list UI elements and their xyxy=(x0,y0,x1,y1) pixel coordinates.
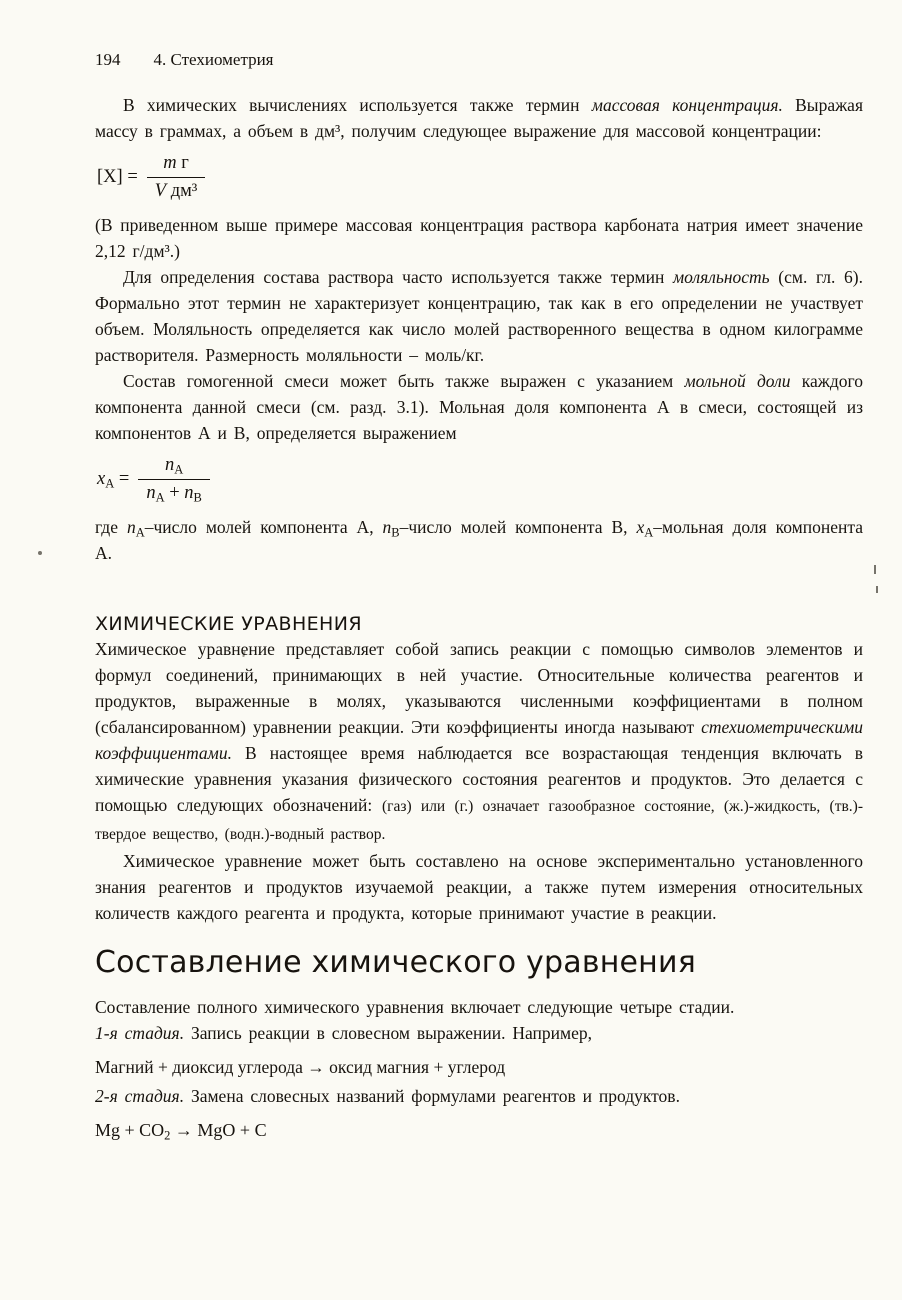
subscript-a: A xyxy=(156,491,165,505)
paragraph-chemical-equation-definition: Химическое уравнение представляет собой … xyxy=(95,636,863,848)
numerator: nA xyxy=(138,455,210,480)
subscript-a: A xyxy=(105,477,114,491)
stage-2-label: 2-я стадия. xyxy=(95,1086,184,1106)
fraction: m г V дм³ xyxy=(147,153,206,202)
denominator: nA + nB xyxy=(138,480,210,504)
page-content: 194 4. Стехиометрия В химических вычисле… xyxy=(95,50,863,1146)
italic-term: массовая концентрация. xyxy=(592,95,783,115)
paragraph-mass-concentration: В химических вычислениях используется та… xyxy=(95,92,863,144)
plus-sign: + xyxy=(165,483,185,503)
main-heading-composing-equation: Составление химического уравнения xyxy=(95,944,863,982)
formula-lhs: [X] = xyxy=(97,167,138,188)
variable-x: x xyxy=(97,469,105,489)
italic-term: мольной доли xyxy=(684,371,790,391)
italic-term: моляльность xyxy=(673,267,770,287)
page-number: 194 xyxy=(95,50,121,70)
scan-artifact-tick xyxy=(874,565,876,574)
paragraph-molality: Для определения состава раствора часто и… xyxy=(95,264,863,368)
word-equation-line: Магний + диоксид углерода → оксид магния… xyxy=(95,1054,863,1080)
paragraph-mole-fraction: Состав гомогенной смеси может быть также… xyxy=(95,368,863,446)
text-run: –число молей компонента В, xyxy=(400,517,637,537)
chapter-title: 4. Стехиометрия xyxy=(154,50,274,70)
variable-n: n xyxy=(184,483,193,503)
text-run: –число молей компонента А, xyxy=(145,517,383,537)
book-page: 194 4. Стехиометрия В химических вычисле… xyxy=(0,0,902,1300)
stage-1-line: 1-я стадия. Запись реакции в словесном в… xyxy=(95,1020,863,1046)
variable-n: n xyxy=(127,517,136,537)
stage-1-label: 1-я стадия. xyxy=(95,1023,184,1043)
scan-artifact-tick xyxy=(876,586,878,593)
variable-n: n xyxy=(383,517,392,537)
subscript-a: A xyxy=(174,463,183,477)
subscript-a: A xyxy=(136,526,145,540)
variable-n: n xyxy=(165,455,174,475)
text-run: Замена словесных названий формулами реаг… xyxy=(184,1086,680,1106)
paragraph-variable-definitions: где nA–число молей компонента А, nB–числ… xyxy=(95,514,863,566)
text-run: Запись реакции в словесном выражении. На… xyxy=(184,1023,592,1043)
equals-sign: = xyxy=(119,469,129,489)
numerator: m г xyxy=(147,153,206,178)
text-run: Состав гомогенной смеси может быть также… xyxy=(123,371,684,391)
variable-v: V xyxy=(155,181,166,201)
unit-dm3: дм³ xyxy=(166,181,197,201)
equals-sign: = xyxy=(127,167,137,187)
paragraph-example-note: (В приведенном выше примере массовая кон… xyxy=(95,212,863,264)
formula-mass-concentration: [X] = m г V дм³ xyxy=(97,153,863,202)
formula-equation-line: Mg + CO2 → MgO + C xyxy=(95,1117,863,1143)
formula-mole-fraction: xA = nA nA + nB xyxy=(97,455,863,504)
section-heading-chemical-equations: ХИМИЧЕСКИЕ УРАВНЕНИЯ xyxy=(95,612,863,636)
unit-gram: г xyxy=(177,153,189,173)
variable-n: n xyxy=(146,483,155,503)
running-header: 194 4. Стехиометрия xyxy=(95,50,863,70)
text-run: В химических вычислениях используется та… xyxy=(123,95,592,115)
fraction: nA nA + nB xyxy=(138,455,210,504)
subscript-a: A xyxy=(644,526,653,540)
stage-2-line: 2-я стадия. Замена словесных названий фо… xyxy=(95,1083,863,1109)
subscript-b: B xyxy=(391,526,399,540)
scan-artifact-dot xyxy=(38,551,42,555)
subscript-b: B xyxy=(194,491,202,505)
text-run: [X] xyxy=(97,167,123,187)
paragraph-equation-composition: Химическое уравнение может быть составле… xyxy=(95,848,863,926)
denominator: V дм³ xyxy=(147,178,206,202)
text-run: где xyxy=(95,517,127,537)
paragraph-four-stages: Составление полного химического уравнени… xyxy=(95,994,863,1020)
formula-lhs: xA = xyxy=(97,469,129,490)
text-run: Для определения состава раствора часто и… xyxy=(123,267,673,287)
variable-m: m xyxy=(163,153,176,173)
text-run: Mg + CO xyxy=(95,1120,164,1140)
text-run: → MgO + C xyxy=(170,1120,266,1140)
